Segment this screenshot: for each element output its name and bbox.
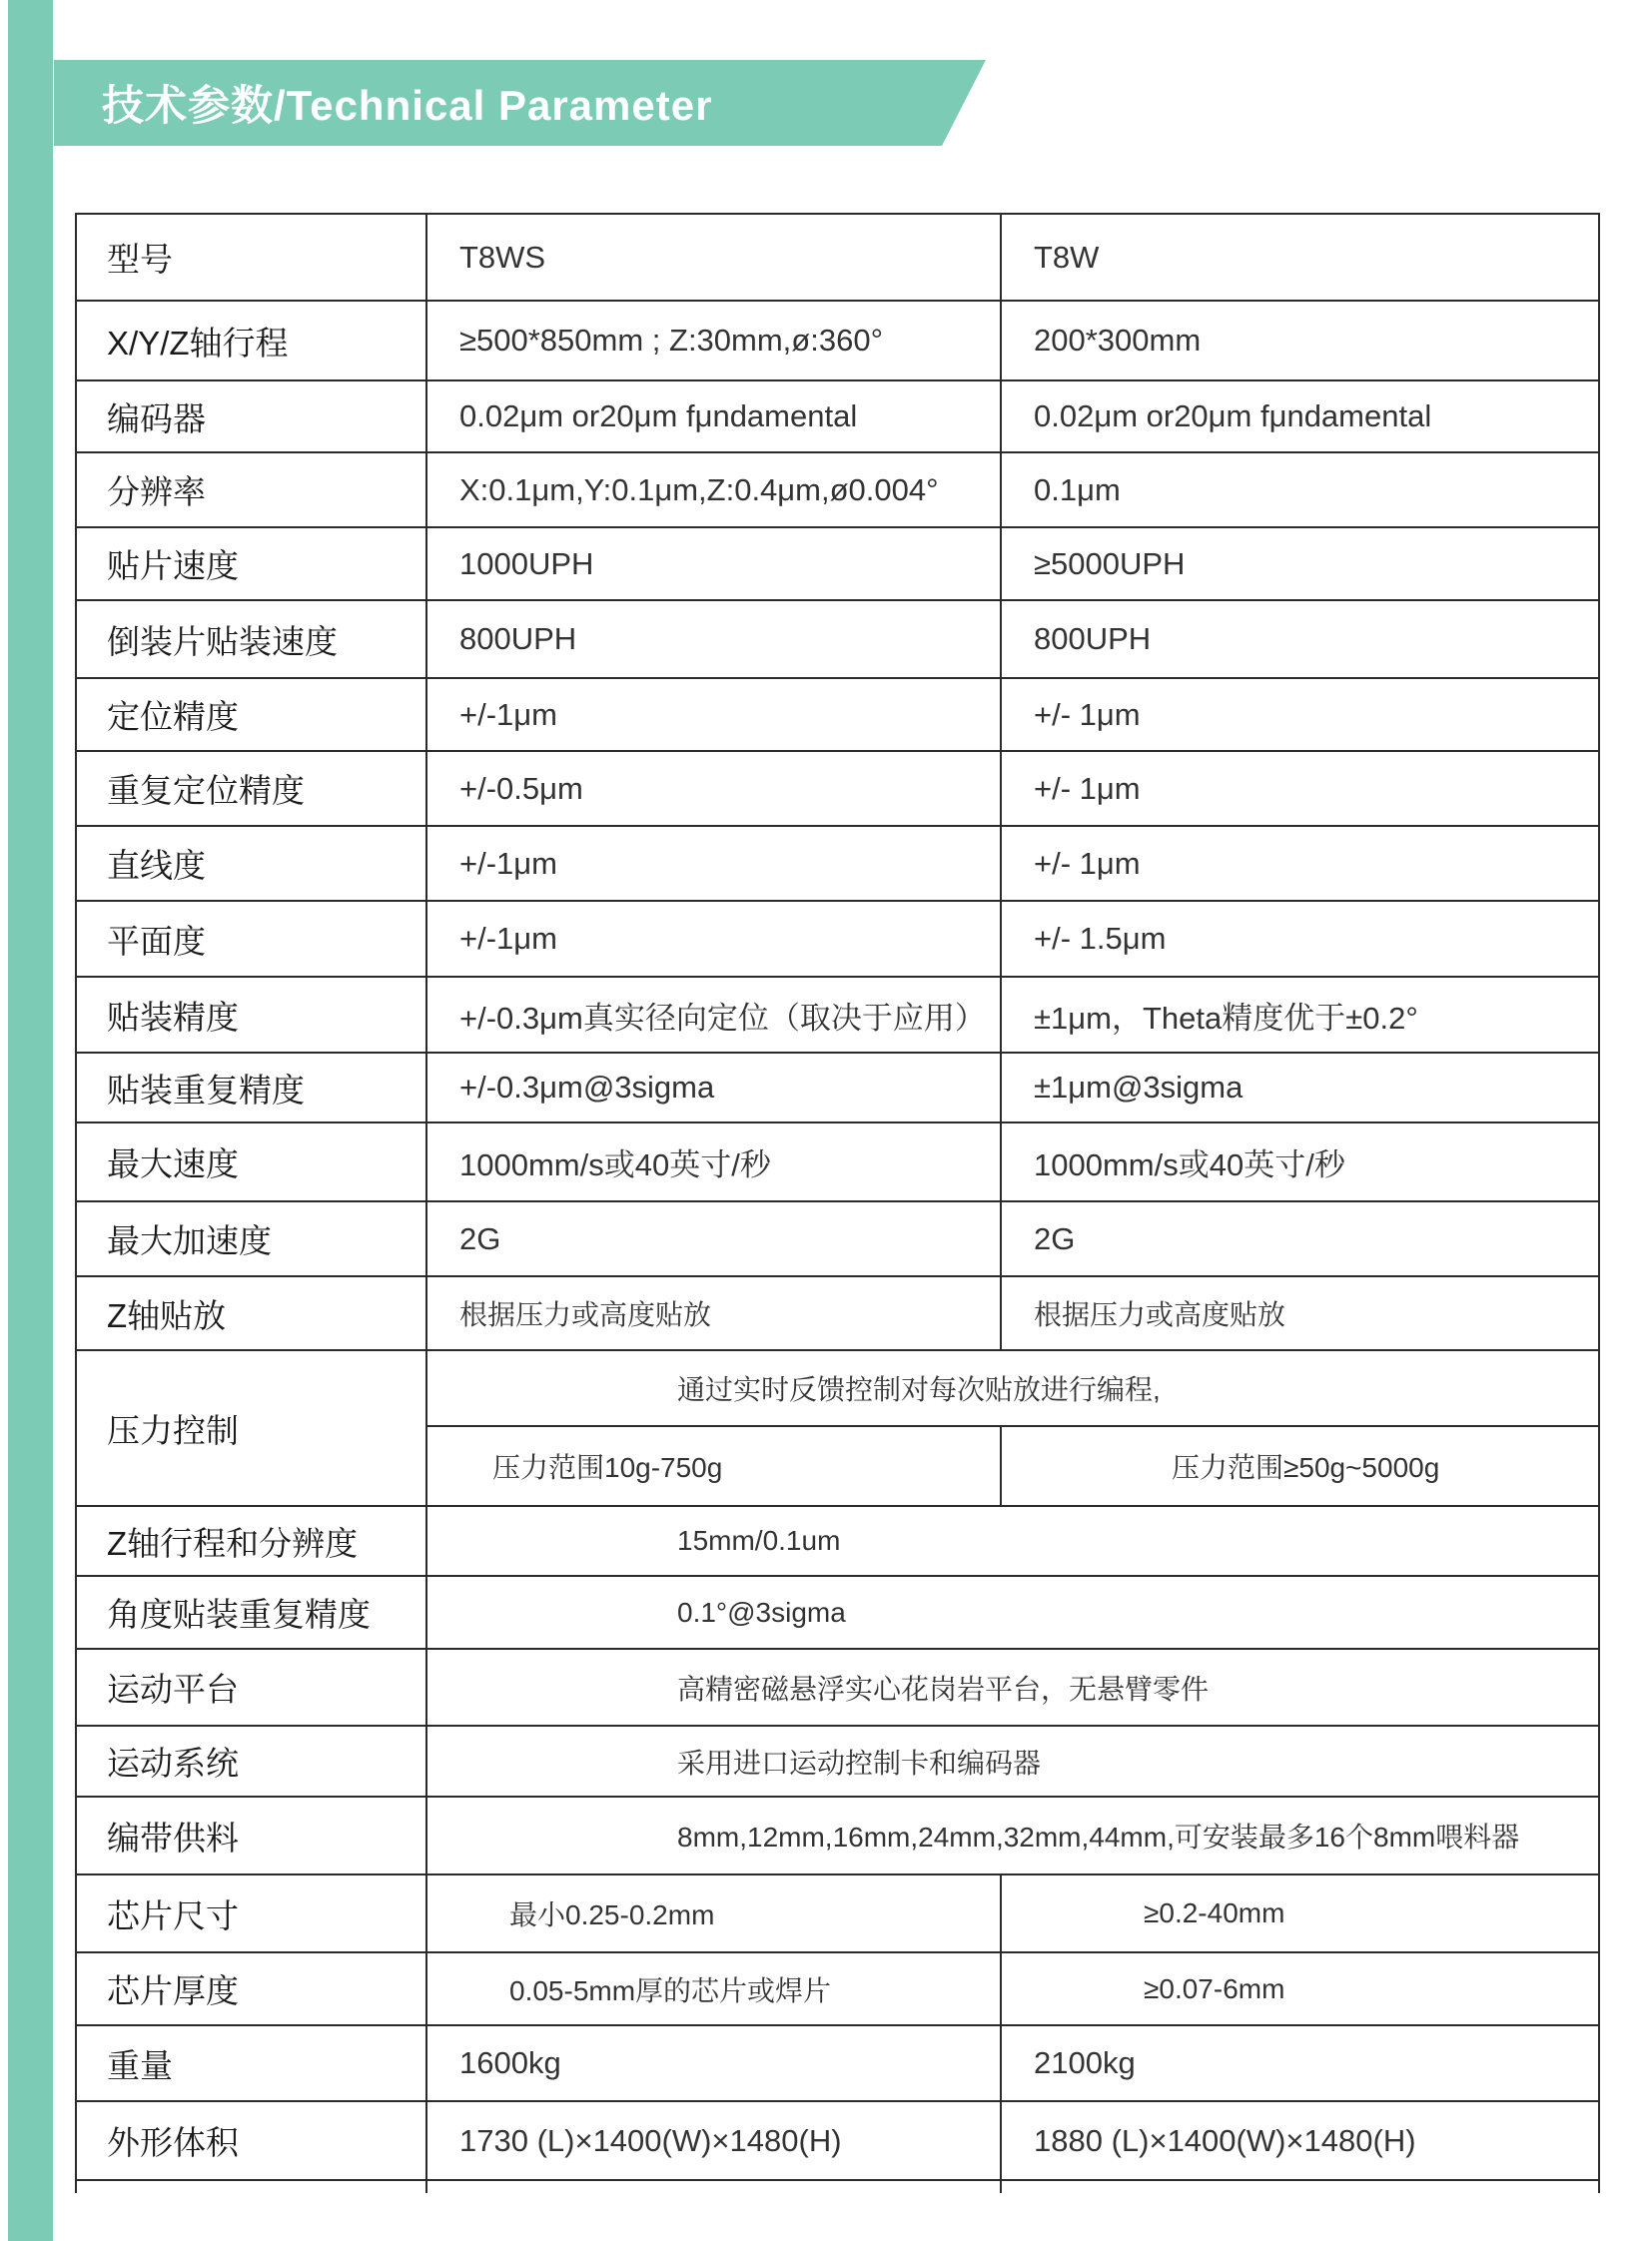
t8ws-value: +/-1μm xyxy=(426,826,1001,901)
t8ws-value: X:0.1μm,Y:0.1μm,Z:0.4μm,ø0.004° xyxy=(426,452,1001,527)
param-label: 平面度 xyxy=(76,901,426,977)
t8ws-value: 最小0.25-0.2mm xyxy=(426,1874,1001,1952)
t8ws-value: 根据压力或高度贴放 xyxy=(426,1276,1001,1350)
param-label: 运动平台 xyxy=(76,1649,426,1726)
row-resolution: 分辨率X:0.1μm,Y:0.1μm,Z:0.4μm,ø0.004°0.1μm xyxy=(76,452,1599,527)
t8ws-value: 0.05-5mm厚的芯片或焊片 xyxy=(426,1952,1001,2025)
t8ws-value: 1000UPH xyxy=(426,527,1001,600)
t8w-value: 1000mm/s或40英寸/秒 xyxy=(1001,1122,1599,1201)
row-theta-repeat: 角度贴装重复精度0.1°@3sigma xyxy=(76,1576,1599,1649)
param-label: Z轴行程和分辨度 xyxy=(76,1506,426,1576)
param-label: 贴装重复精度 xyxy=(76,1053,426,1122)
row-positioning-accuracy: 定位精度+/-1μm+/- 1μm xyxy=(76,678,1599,751)
t8ws-value: +/-0.3μm@3sigma xyxy=(426,1053,1001,1122)
spec-table: 型号T8WST8WX/Y/Z轴行程≥500*850mm ; Z:30mm,ø:3… xyxy=(75,213,1600,2193)
row-placement-speed: 贴片速度1000UPH≥5000UPH xyxy=(76,527,1599,600)
param-label: 压力控制 xyxy=(76,1350,426,1506)
row-z-travel-resolution: Z轴行程和分辨度15mm/0.1um xyxy=(76,1506,1599,1576)
row-die-thickness: 芯片厚度0.05-5mm厚的芯片或焊片≥0.07-6mm xyxy=(76,1952,1599,2025)
row-max-speed: 最大速度1000mm/s或40英寸/秒1000mm/s或40英寸/秒 xyxy=(76,1122,1599,1201)
t8ws-value: +/-0.5μm xyxy=(426,751,1001,826)
param-label: 编带供料 xyxy=(76,1797,426,1874)
row-mounting-repeat: 贴装重复精度+/-0.3μm@3sigma±1μm@3sigma xyxy=(76,1053,1599,1122)
t8w-value: 1880 (L)×1400(W)×1480(H) xyxy=(1001,2101,1599,2180)
param-label: X/Y/Z轴行程 xyxy=(76,301,426,380)
param-label: 最大速度 xyxy=(76,1122,426,1201)
t8ws-value: 2G xyxy=(426,1201,1001,1276)
merged-value: 0.1°@3sigma xyxy=(426,1576,1599,1649)
t8ws-value: +/-1μm xyxy=(426,678,1001,751)
param-label: 倒装片贴装速度 xyxy=(76,600,426,678)
t8w-value: 0.1μm xyxy=(1001,452,1599,527)
row-model: 型号T8WST8W xyxy=(76,214,1599,301)
param-label: 外形体积 xyxy=(76,2101,426,2180)
t8ws-value: 1000mm/s或40英寸/秒 xyxy=(426,1122,1001,1201)
t8w-value: ≥0.07-6mm xyxy=(1001,1952,1599,2025)
param-label: 运动系统 xyxy=(76,1726,426,1797)
param-label: 定位精度 xyxy=(76,678,426,751)
row-dimensions: 外形体积1730 (L)×1400(W)×1480(H)1880 (L)×140… xyxy=(76,2101,1599,2180)
row-repeat-positioning: 重复定位精度+/-0.5μm+/- 1μm xyxy=(76,751,1599,826)
t8ws-value: +/-0.3μm真实径向定位（取决于应用） xyxy=(426,977,1001,1053)
row-flatness: 平面度+/-1μm+/- 1.5μm xyxy=(76,901,1599,977)
t8w-value: ±1μm，Theta精度优于±0.2° xyxy=(1001,977,1599,1053)
row-tape-feeding: 编带供料8mm,12mm,16mm,24mm,32mm,44mm,可安装最多16… xyxy=(76,1797,1599,1874)
row-straightness: 直线度+/-1μm+/- 1μm xyxy=(76,826,1599,901)
t8ws-value: 压力范围10g-750g xyxy=(426,1426,1001,1506)
t8ws-value: T8WS xyxy=(426,214,1001,301)
param-label: 贴装精度 xyxy=(76,977,426,1053)
page-title: 技术参数/Technical Parameter xyxy=(54,73,712,133)
param-label: 编码器 xyxy=(76,380,426,452)
t8ws-value: 1730 (L)×1400(W)×1480(H) xyxy=(426,2101,1001,2180)
t8w-value: +/- 1μm xyxy=(1001,678,1599,751)
spec-table-body: 型号T8WST8WX/Y/Z轴行程≥500*850mm ; Z:30mm,ø:3… xyxy=(76,214,1599,2193)
param-label: 芯片尺寸 xyxy=(76,1874,426,1952)
row-die-size: 芯片尺寸最小0.25-0.2mm≥0.2-40mm xyxy=(76,1874,1599,1952)
t8ws-value: 800UPH xyxy=(426,600,1001,678)
t8w-value: 800UPH xyxy=(1001,600,1599,678)
t8w-value: 2G xyxy=(1001,1201,1599,1276)
header-banner: 技术参数/Technical Parameter xyxy=(54,60,986,146)
param-label: 直线度 xyxy=(76,826,426,901)
t8w-value: T8W xyxy=(1001,214,1599,301)
row-mounting-accuracy: 贴装精度+/-0.3μm真实径向定位（取决于应用）±1μm，Theta精度优于±… xyxy=(76,977,1599,1053)
t8w-value: 压力范围≥50g~5000g xyxy=(1001,1426,1599,1506)
t8ws-value xyxy=(426,2180,1001,2193)
merged-value: 采用进口运动控制卡和编码器 xyxy=(426,1726,1599,1797)
row-encoder: 编码器0.02μm or20μm fμndamental0.02μm or20μ… xyxy=(76,380,1599,452)
row-z-placement: Z轴贴放根据压力或高度贴放根据压力或高度贴放 xyxy=(76,1276,1599,1350)
row-max-accel: 最大加速度2G2G xyxy=(76,1201,1599,1276)
param-label: 芯片厚度 xyxy=(76,1952,426,2025)
t8w-value: ±1μm@3sigma xyxy=(1001,1053,1599,1122)
row-weight: 重量1600kg2100kg xyxy=(76,2025,1599,2101)
page-root: { "page": { "accent_color": "#7ccbb5", "… xyxy=(0,0,1652,2241)
t8ws-value: 0.02μm or20μm fμndamental xyxy=(426,380,1001,452)
t8ws-value: +/-1μm xyxy=(426,901,1001,977)
param-label: 贴片速度 xyxy=(76,527,426,600)
merged-value: 通过实时反馈控制对每次贴放进行编程, xyxy=(426,1350,1599,1426)
param-label: 重量 xyxy=(76,2025,426,2101)
t8w-value: ≥0.2-40mm xyxy=(1001,1874,1599,1952)
param-label xyxy=(76,2180,426,2193)
t8ws-value: ≥500*850mm ; Z:30mm,ø:360° xyxy=(426,301,1001,380)
row-motion-platform: 运动平台高精密磁悬浮实心花岗岩平台，无悬臂零件 xyxy=(76,1649,1599,1726)
param-label: 重复定位精度 xyxy=(76,751,426,826)
t8w-value: +/- 1.5μm xyxy=(1001,901,1599,977)
t8w-value: ≥5000UPH xyxy=(1001,527,1599,600)
left-accent-bar xyxy=(8,0,53,2241)
t8w-value: 200*300mm xyxy=(1001,301,1599,380)
t8w-value: 2100kg xyxy=(1001,2025,1599,2101)
merged-value: 15mm/0.1um xyxy=(426,1506,1599,1576)
merged-value: 高精密磁悬浮实心花岗岩平台，无悬臂零件 xyxy=(426,1649,1599,1726)
t8ws-value: 1600kg xyxy=(426,2025,1001,2101)
t8w-value xyxy=(1001,2180,1599,2193)
param-label: 最大加速度 xyxy=(76,1201,426,1276)
t8w-value: +/- 1μm xyxy=(1001,826,1599,901)
param-label: Z轴贴放 xyxy=(76,1276,426,1350)
row-partial-cutoff xyxy=(76,2180,1599,2193)
t8w-value: 根据压力或高度贴放 xyxy=(1001,1276,1599,1350)
param-label: 角度贴装重复精度 xyxy=(76,1576,426,1649)
t8w-value: +/- 1μm xyxy=(1001,751,1599,826)
t8w-value: 0.02μm or20μm fμndamental xyxy=(1001,380,1599,452)
merged-value: 8mm,12mm,16mm,24mm,32mm,44mm,可安装最多16个8mm… xyxy=(426,1797,1599,1874)
param-label: 分辨率 xyxy=(76,452,426,527)
row-force-control-programming: 压力控制通过实时反馈控制对每次贴放进行编程, xyxy=(76,1350,1599,1426)
row-flipchip-speed: 倒装片贴装速度800UPH800UPH xyxy=(76,600,1599,678)
param-label: 型号 xyxy=(76,214,426,301)
row-motion-system: 运动系统采用进口运动控制卡和编码器 xyxy=(76,1726,1599,1797)
row-xyz-travel: X/Y/Z轴行程≥500*850mm ; Z:30mm,ø:360°200*30… xyxy=(76,301,1599,380)
